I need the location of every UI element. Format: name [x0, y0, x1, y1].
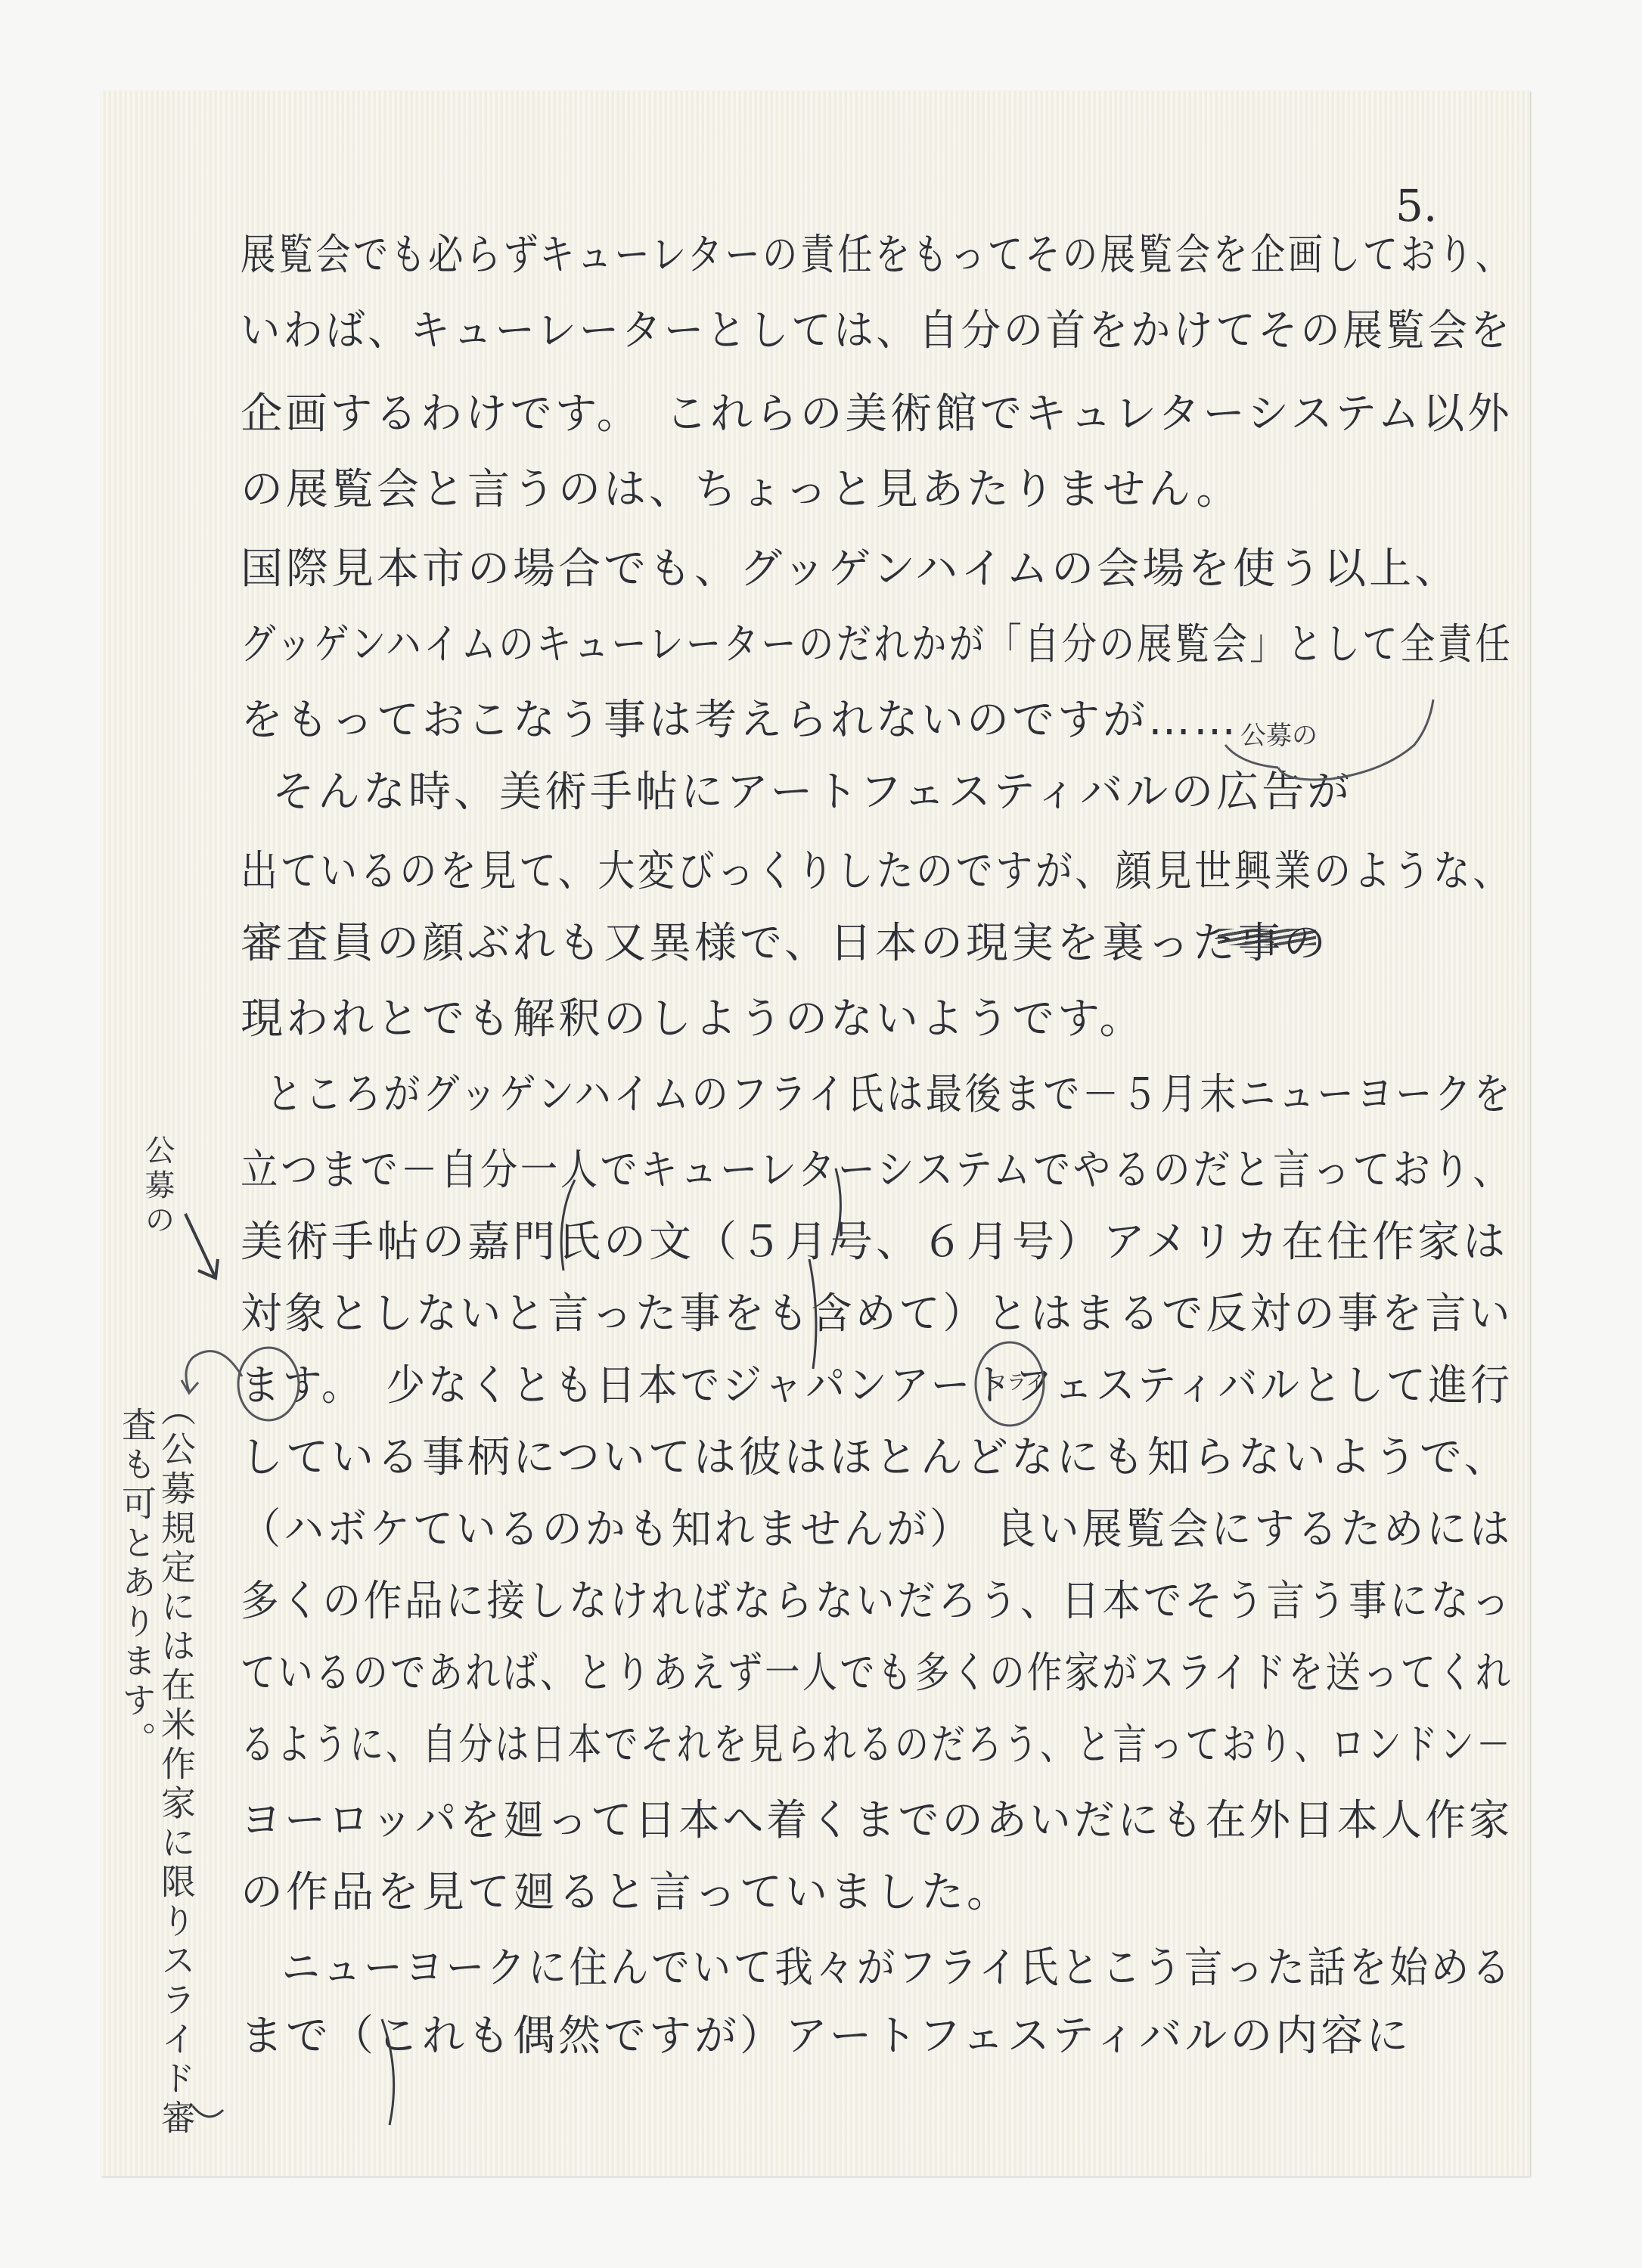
body-line-18: （ハボケているのかも知れませんが） 良い展覧会にするためには: [241, 1509, 1513, 1551]
body-line-20: ているのであれば、とりあえず一人でも多くの作家がスライドを送ってくれ: [241, 1652, 1513, 1695]
margin-note-koubo-no: 公募の: [136, 1134, 179, 1239]
body-line-22: ヨーロッパを廻って日本へ着くまでのあいだにも在外日本人作家: [241, 1800, 1513, 1842]
body-line-24: ニューヨークに住んでいて我々がフライ氏とこう言った話を始める: [241, 1947, 1513, 1990]
body-line-1: 展覧会でも必らずキューレターの責任をもってその展覧会を企画しており、: [241, 234, 1513, 277]
body-line-12: ところがグッゲンハイムのフライ氏は最後まで－５月末ニューヨークを: [227, 1074, 1513, 1116]
body-line-17: している事柄については彼はほとんどなにも知らないようで、: [241, 1437, 1510, 1479]
body-line-9: 出ているのを見て、大変びっくりしたのですが、顔見世興業のような、: [241, 851, 1513, 893]
body-line-5: 国際見本市の場合でも、グッゲンハイムの会場を使う以上、: [241, 548, 1460, 591]
body-line-14: 美術手帖の嘉門氏の文（５月号、６月号）アメリカ在住作家は: [241, 1221, 1508, 1264]
body-line-15: 対象としないと言った事をも含めて）とはまるで反対の事を言い: [241, 1293, 1513, 1336]
body-line-25: まで（これも偶然ですが）アートフェスティバルの内容に: [241, 2015, 1411, 2058]
body-line-19: 多くの作品に接しなければならないだろう、日本でそう言う事になっ: [241, 1581, 1513, 1623]
body-line-6: グッゲンハイムのキューレーターのだれかが「自分の展覧会」として全責任: [241, 624, 1513, 666]
insertion-furai-ruby: フライ: [987, 1367, 1045, 1395]
body-line-16: ます。 少なくとも日本でジャパンアートフェスティバルとして進行: [241, 1365, 1513, 1407]
page-number: 5.: [1395, 180, 1437, 231]
body-line-23: の作品を見て廻ると言っていました。: [241, 1872, 1012, 1914]
body-line-21: るように、自分は日本でそれを見られるのだろう、と言っており、ロンドン－: [241, 1724, 1513, 1767]
body-line-7: をもっておこなう事は考えられないのですが……: [241, 700, 1239, 742]
insertion-koubo-no: 公募の: [1240, 715, 1318, 752]
body-line-2: いわば、キューレーターとしては、自分の首をかけてその展覧会を: [241, 310, 1513, 352]
body-line-4: の展覧会と言うのは、ちょっと見あたりません。: [241, 469, 1241, 511]
body-line-11: 現われとでも解釈のしようのないようです。: [241, 998, 1145, 1041]
crossed-out-word: [1218, 929, 1316, 945]
body-line-3: 企画するわけです。 これらの美術館でキュレターシステム以外: [241, 393, 1513, 436]
margin-note-allowed: 査も可とあります。: [112, 1407, 162, 1761]
body-line-13: 立つまで－自分一人でキューレターシステムでやるのだと言っており、: [241, 1150, 1513, 1192]
body-line-8: そんな時、美術手帖にアートフェスティバルの広告が: [227, 771, 1352, 814]
body-line-10: 審査員の顔ぶれも又異様で、日本の現実を裏った事の: [241, 923, 1329, 965]
